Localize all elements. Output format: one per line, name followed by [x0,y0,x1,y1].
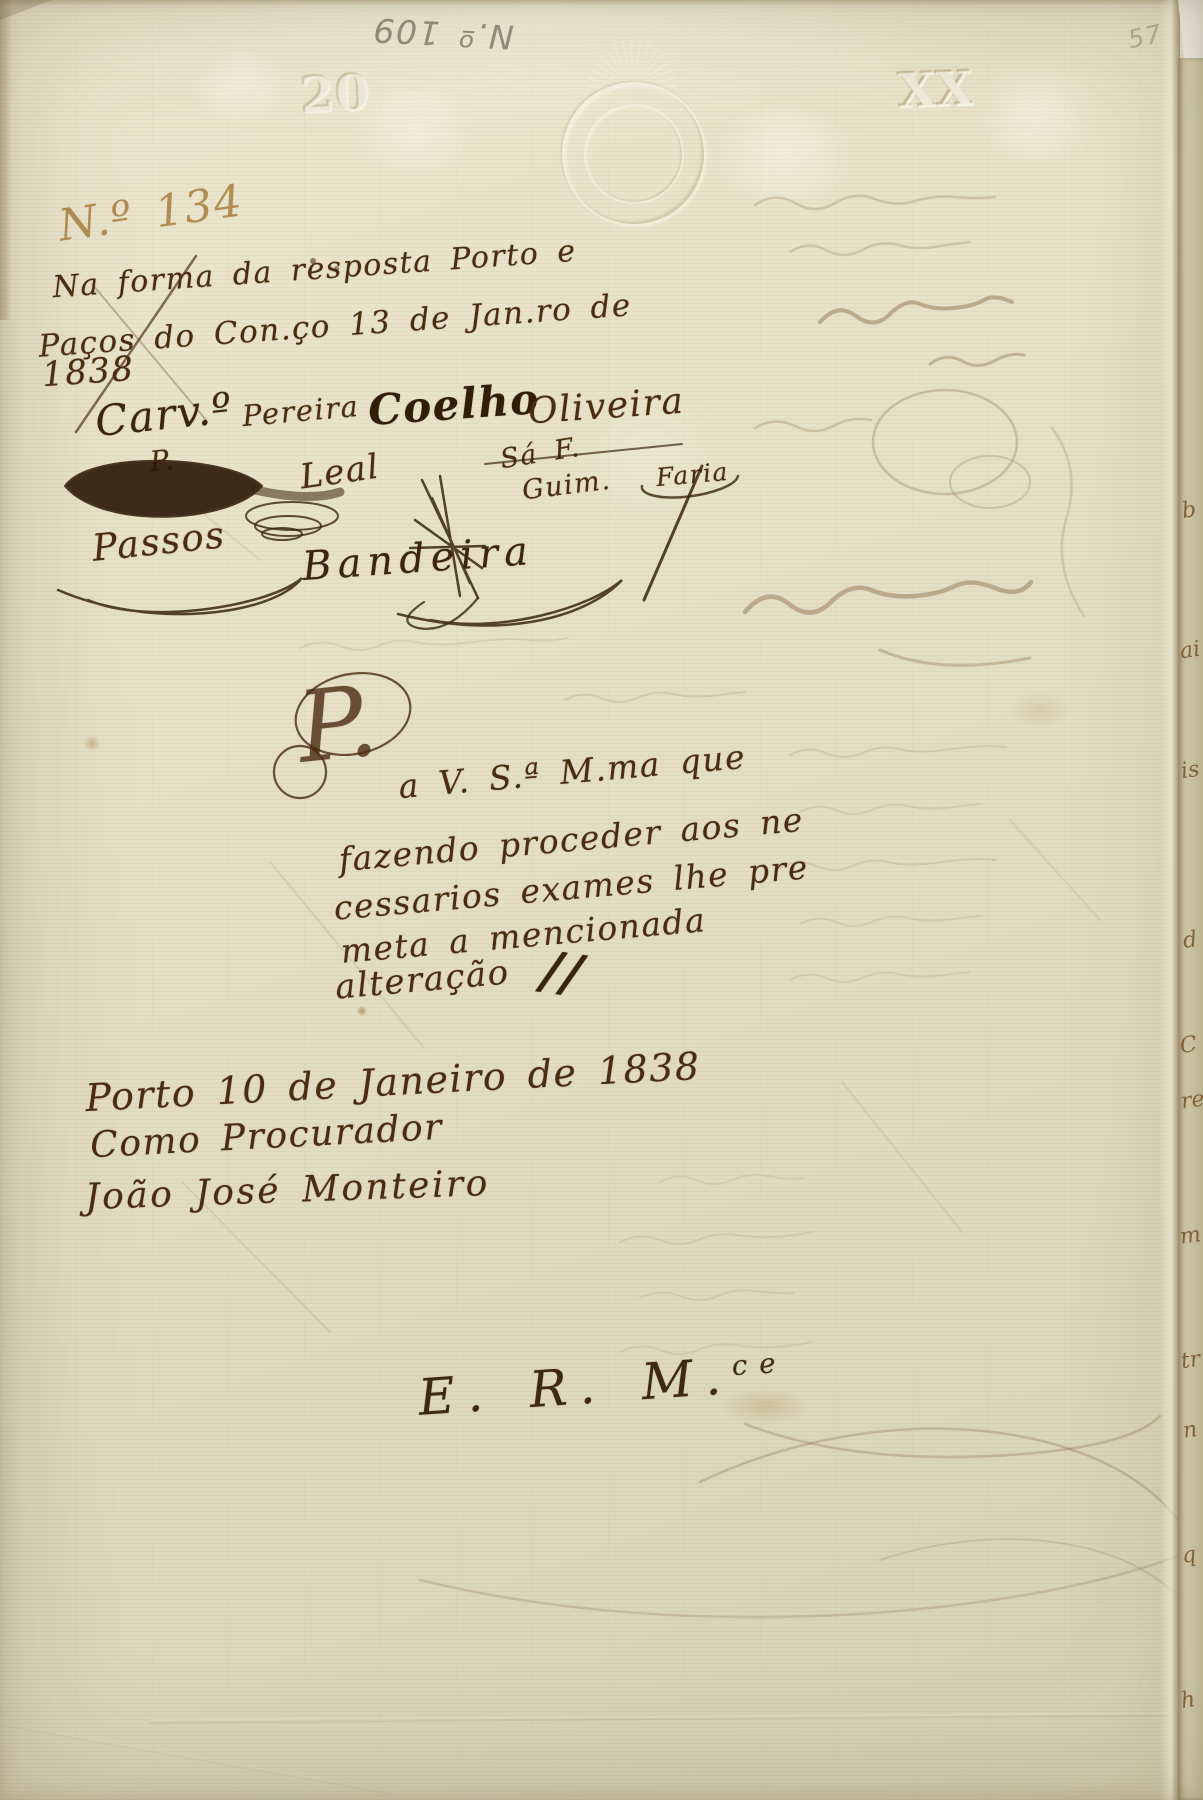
signature-leal: Leal [298,447,383,498]
pencil-number-mirrored: N.º 109 [371,10,515,56]
adjacent-page-text-fragment: is [1179,757,1201,784]
signature-guimaraes: Guim. [520,465,612,507]
adjacent-page-text-fragment: ai [1178,637,1201,665]
fold-crease [0,1720,397,1796]
signature-pereira: Pereira [241,389,361,433]
embossed-garland [700,110,870,200]
adjacent-page-strip: b ai is d C re m. tr n q h [1178,58,1203,1800]
embossed-20-mark: 20 [299,62,372,125]
adjacent-page-text-fragment: q [1180,1542,1197,1569]
left-sheet-edge [0,0,12,320]
signer-name: João José Monteiro [84,1163,490,1218]
adjacent-page-text-fragment: b [1180,497,1197,524]
embossed-sunburst [588,40,676,88]
despacho-line-3: 1838 [41,349,136,395]
embossed-seal [562,82,706,226]
embossed-seal-inner [584,104,684,204]
adjacent-page-text-fragment: n [1181,1417,1199,1444]
adjacent-page-text-fragment: C [1178,1032,1198,1059]
manuscript-page: XX 20 N.º 109 57 [0,0,1203,1800]
signature-passos: Passos [90,513,227,570]
signature-faria: Faria [655,457,730,492]
signature-bandeira: Bandeira [301,528,536,590]
closing-formula: E. R. M.ce [416,1343,790,1427]
adjacent-page-text-fragment: d [1181,927,1198,954]
closing-text: E. R. M. [416,1347,734,1427]
fold-crease [150,1712,1170,1723]
archival-number: N.º 134 [55,175,246,251]
embossed-garland [180,50,300,120]
signature-oliveira: Oliveira [527,381,686,433]
petition-end-mark: // [538,939,587,1005]
petition-initial: P. [292,664,384,786]
signature-carvalho: Carv.º [93,383,235,446]
despacho-line-1: Na forma da resposta Porto e [51,234,577,306]
embossed-xx-mark: XX [897,61,973,120]
signature-paraph: P. [148,443,176,478]
petition-line-1: a V. S.ª M.ma que [397,737,748,806]
signature-coelho: Coelho [367,374,542,435]
adjacent-page-text-fragment: tr [1179,1347,1202,1374]
adjacent-page-text-fragment: m. [1178,1221,1203,1250]
embossed-garland [960,70,1110,160]
fox-spot [356,1006,368,1016]
main-sheet-right-edge [1160,0,1180,1800]
adjacent-page-text-fragment: re [1179,1086,1203,1114]
top-sheet-edge [0,0,1203,6]
yellow-stain [1010,690,1070,730]
adjacent-page-text-fragment: h [1179,1687,1197,1714]
closing-superscript: ce [731,1346,789,1382]
ink-stain [82,736,102,750]
